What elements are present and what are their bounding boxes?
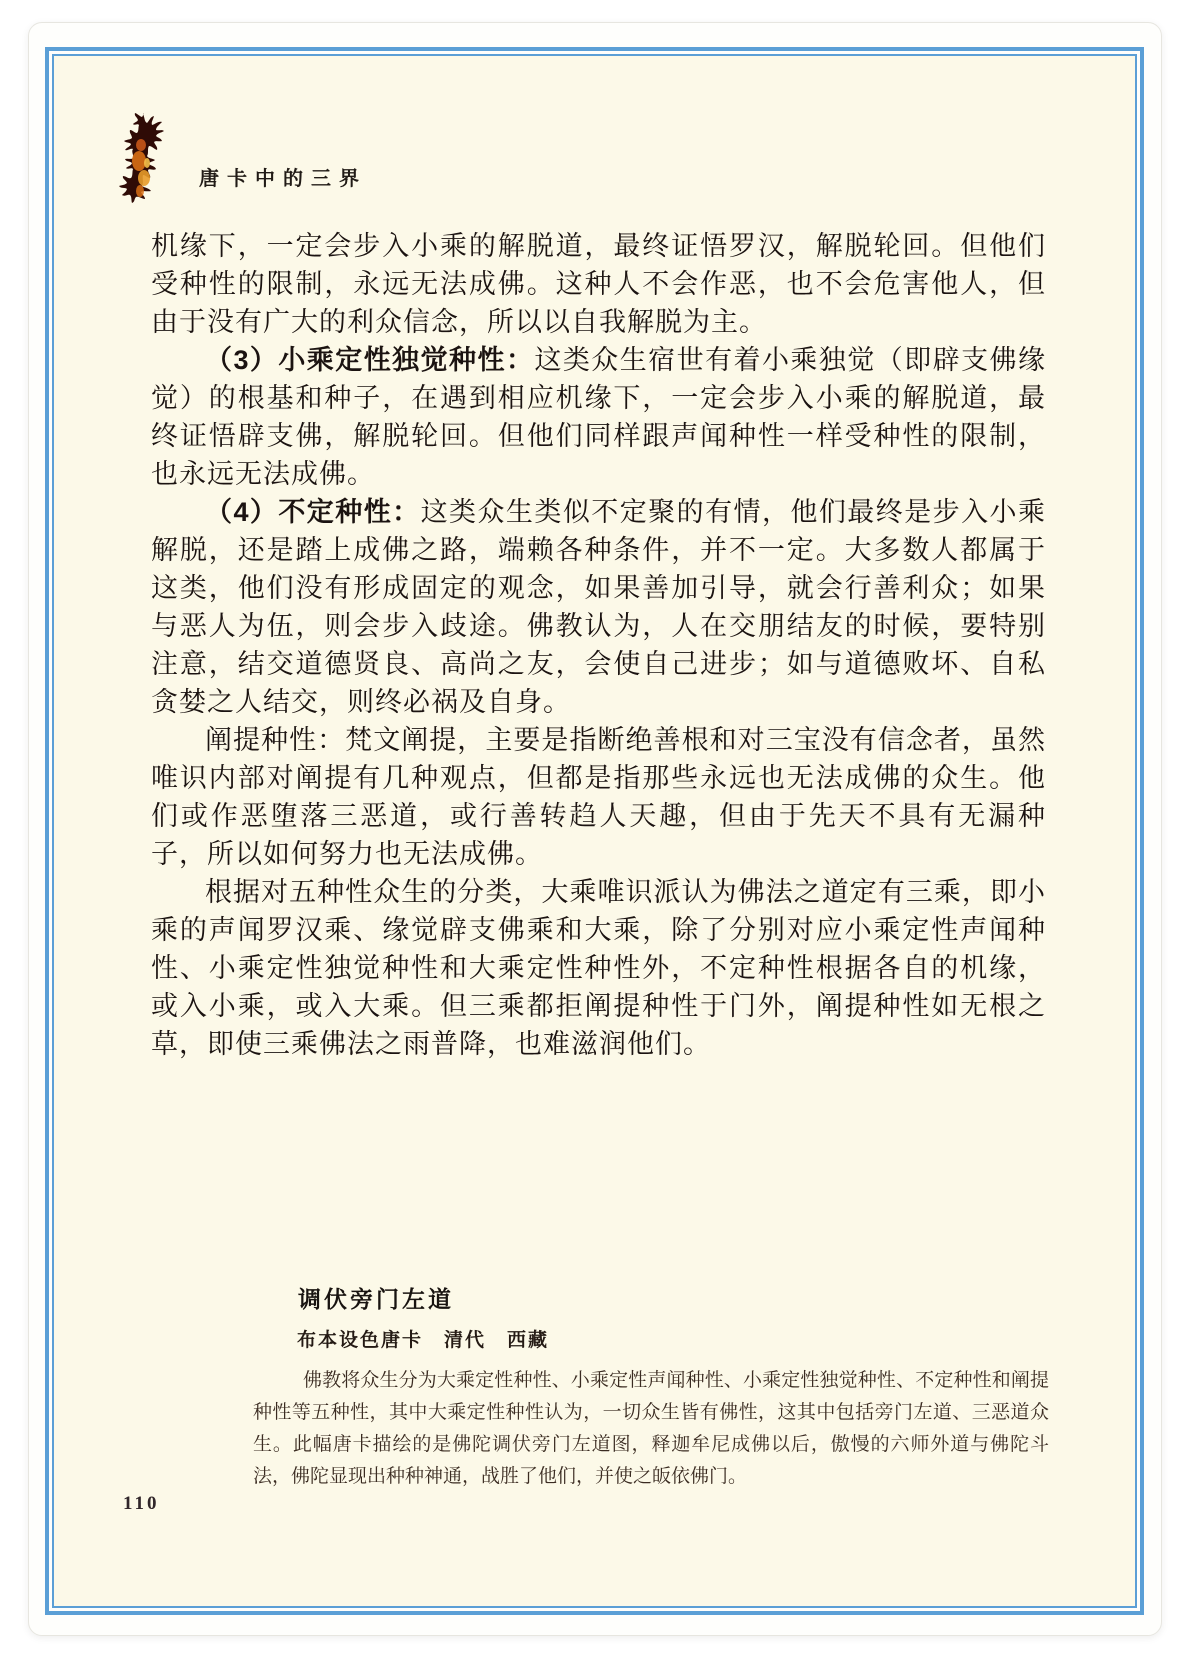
caption-body: 佛教将众生分为大乘定性种性、小乘定性声闻种性、小乘定性独觉种性、不定种性和阐提种… — [253, 1365, 1049, 1493]
thangka-caption: 调伏旁门左道 布本设色唐卡 清代 西藏 佛教将众生分为大乘定性种性、小乘定性声闻… — [253, 1281, 1049, 1493]
main-text-column: 机缘下，一定会步入小乘的解脱道，最终证悟罗汉，解脱轮回。但他们受种性的限制，永远… — [151, 227, 1046, 1063]
paragraph-text: 根据对五种性众生的分类，大乘唯识派认为佛法之道定有三乘，即小乘的声闻罗汉乘、缘觉… — [151, 877, 1046, 1059]
body-paragraph: 阐提种性：梵文阐提，主要是指断绝善根和对三宝没有信念者，虽然唯识内部对阐提有几种… — [151, 721, 1046, 873]
series-title: 唐卡中的三界 — [199, 162, 367, 191]
caption-title: 调伏旁门左道 — [298, 1281, 1049, 1314]
paragraph-text: 阐提种性：梵文阐提，主要是指断绝善根和对三宝没有信念者，虽然唯识内部对阐提有几种… — [151, 725, 1046, 869]
paragraph-lead: （4）不定种性： — [205, 497, 421, 527]
page-number: 110 — [123, 1493, 159, 1515]
caption-subtitle: 布本设色唐卡 清代 西藏 — [297, 1325, 1049, 1352]
body-paragraph: 机缘下，一定会步入小乘的解脱道，最终证悟罗汉，解脱轮回。但他们受种性的限制，永远… — [151, 227, 1046, 341]
paragraph-lead: （3）小乘定性独觉种性： — [205, 345, 534, 375]
body-paragraph: （4）不定种性：这类众生类似不定聚的有情，他们最终是步入小乘解脱，还是踏上成佛之… — [151, 493, 1046, 721]
paragraph-text: 这类众生类似不定聚的有情，他们最终是步入小乘解脱，还是踏上成佛之路，端赖各种条件… — [151, 497, 1046, 717]
page-header: 唐卡中的三界 — [117, 109, 367, 205]
paragraph-text: 机缘下，一定会步入小乘的解脱道，最终证悟罗汉，解脱轮回。但他们受种性的限制，永远… — [151, 231, 1046, 337]
body-paragraph: （3）小乘定性独觉种性：这类众生宿世有着小乘独觉（即辟支佛缘觉）的根基和种子，在… — [151, 341, 1046, 493]
body-paragraph: 根据对五种性众生的分类，大乘唯识派认为佛法之道定有三乘，即小乘的声闻罗汉乘、缘觉… — [151, 873, 1046, 1063]
flame-figure-emblem-icon — [117, 113, 169, 205]
book-page: 唐卡中的三界 机缘下，一定会步入小乘的解脱道，最终证悟罗汉，解脱轮回。但他们受种… — [28, 22, 1162, 1636]
